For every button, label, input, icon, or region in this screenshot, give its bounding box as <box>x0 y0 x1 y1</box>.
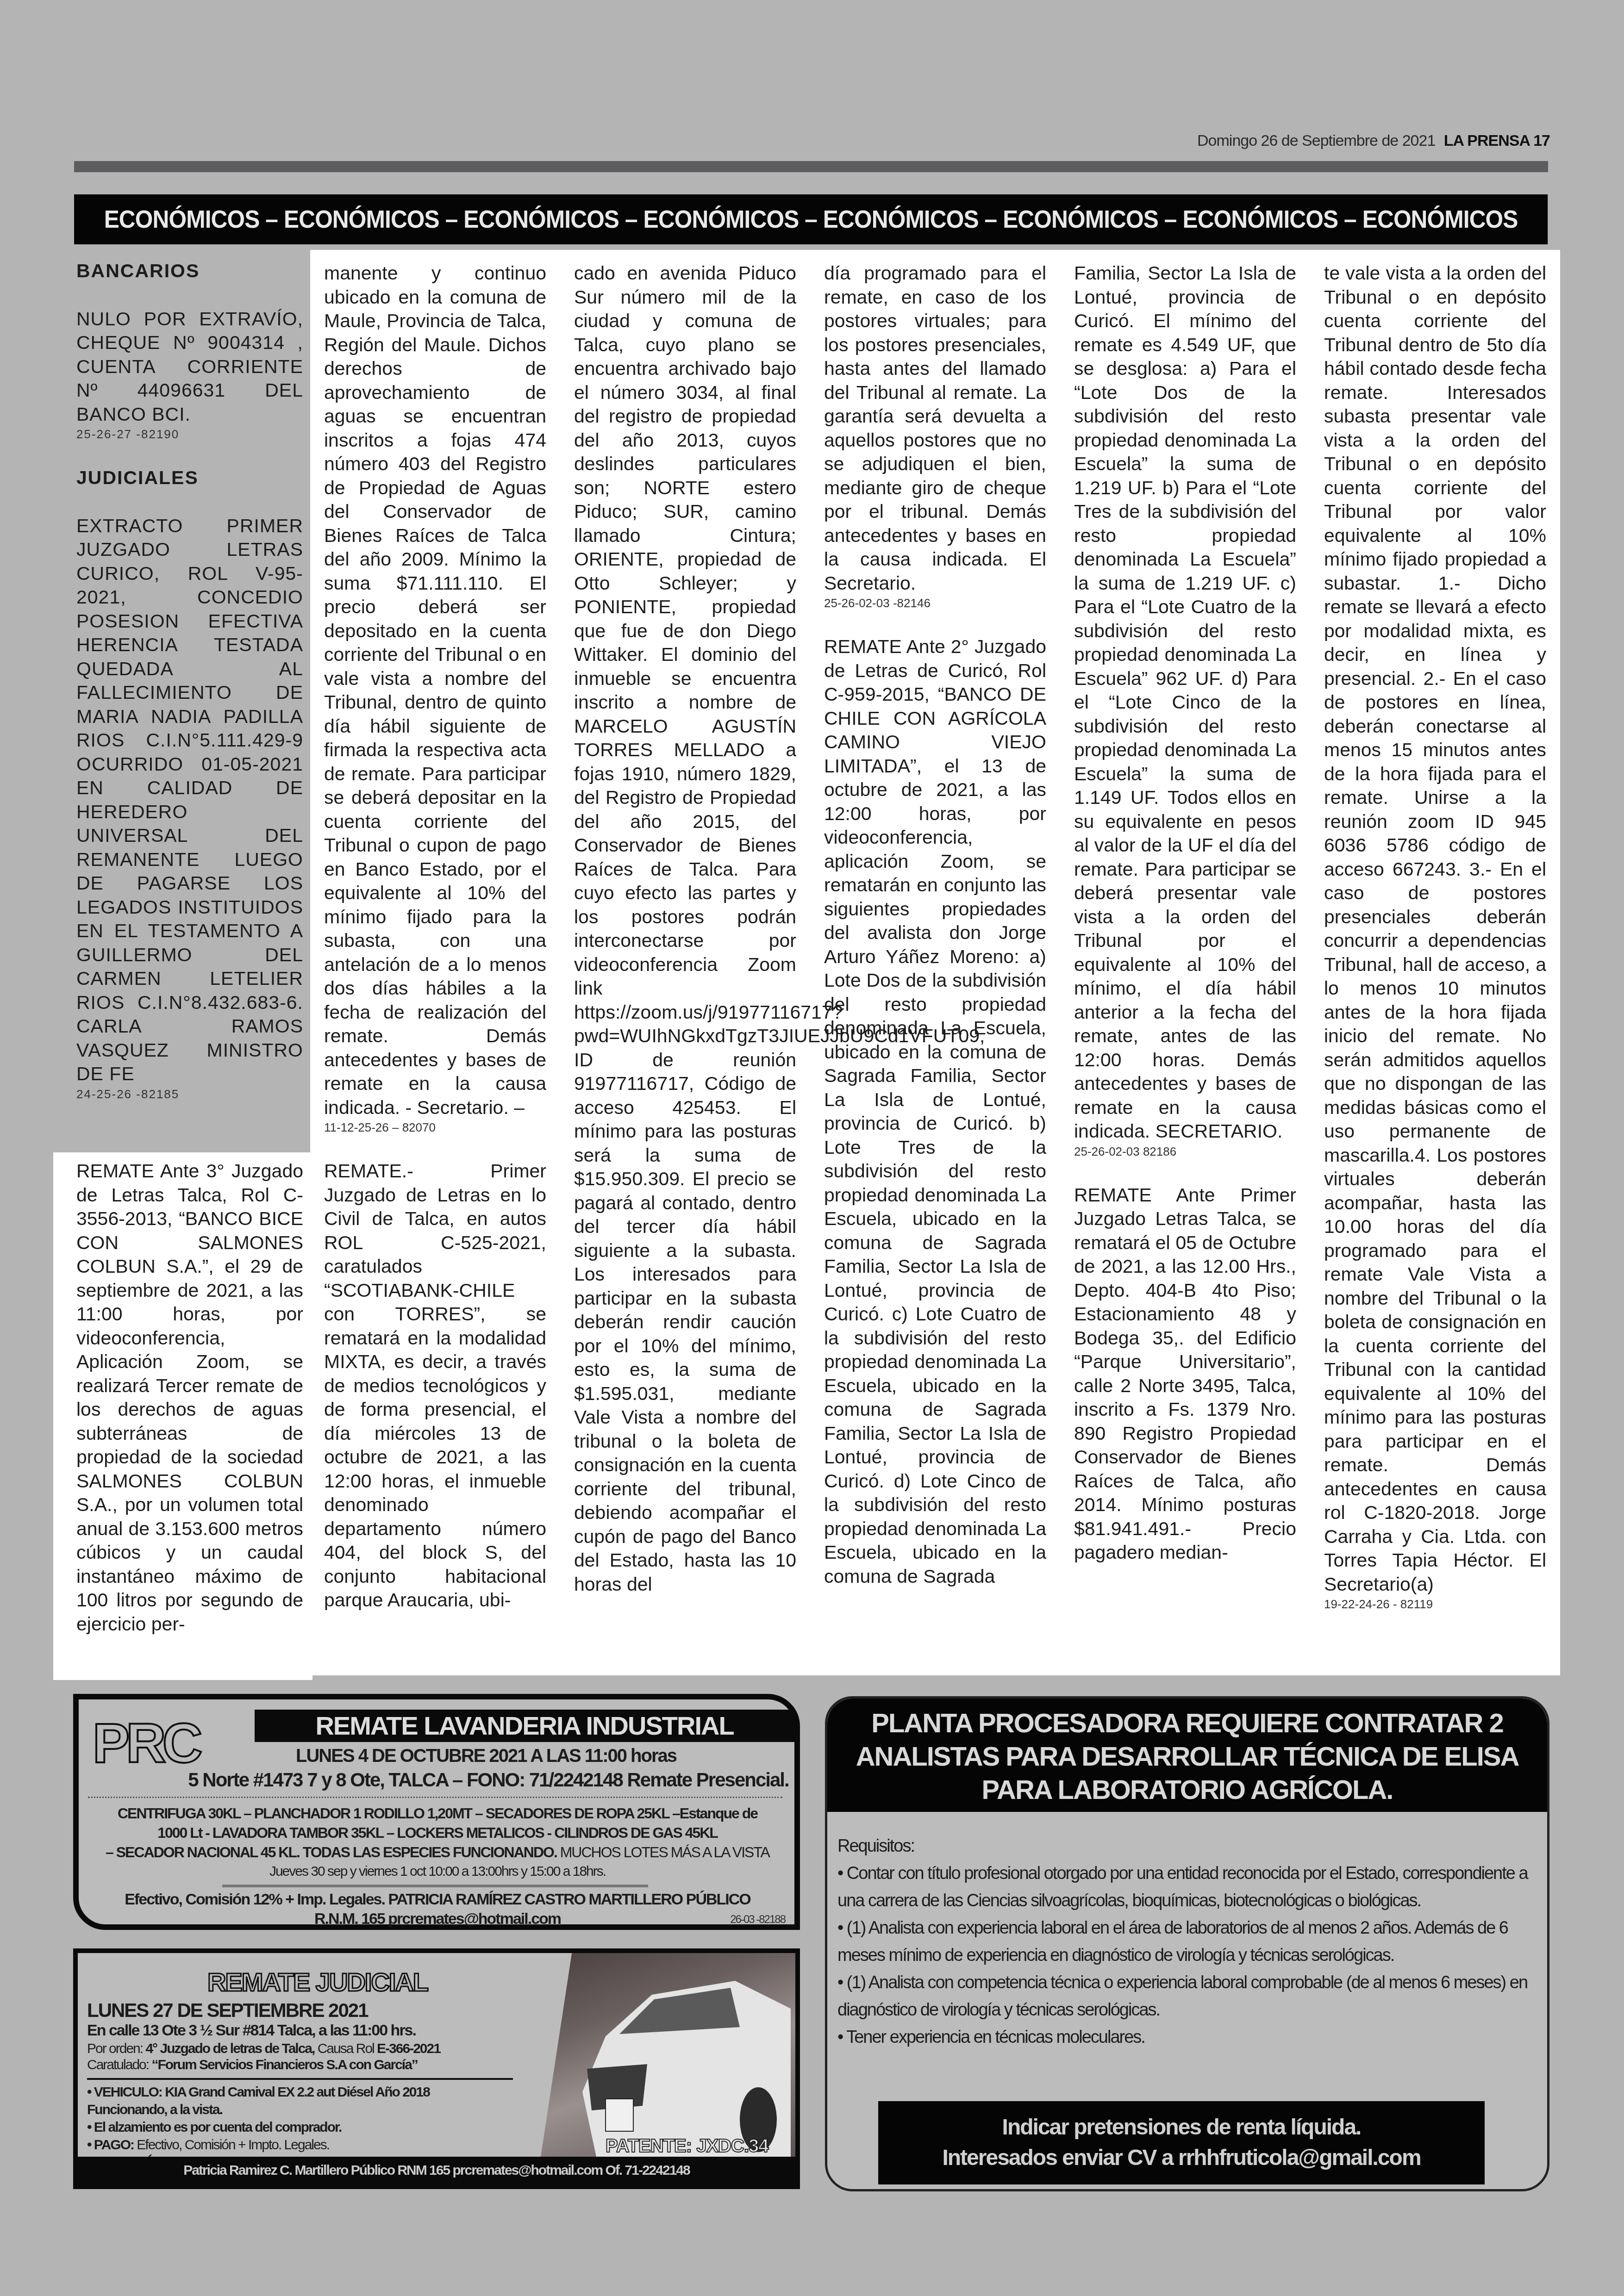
section-heading-bancarios: BANCARIOS <box>76 259 303 283</box>
ad-remate-lavanderia: PRC REMATE LAVANDERIA INDUSTRIAL LUNES 4… <box>73 1694 800 1930</box>
section-banner-text: ECONÓMICOS – ECONÓMICOS – ECONÓMICOS – E… <box>104 205 1518 234</box>
notice-remate-agricola-part1: REMATE Ante 2° Juzgado de Letras de Curi… <box>824 635 1046 1588</box>
requirement-item: • (1) Analista con competencia técnica o… <box>837 1969 1537 2024</box>
ad-remate-judicial: PATENTE: JXDC.34 REMATE JUDICIAL LUNES 2… <box>73 1948 800 2189</box>
notice-judiciales: EXTRACTO PRIMER JUZGADO LETRAS CURICO, R… <box>76 514 303 1086</box>
notice-remate-agricola-part2: Familia, Sector La Isla de Lontué, provi… <box>1074 261 1296 1144</box>
ad-cta: Indicar pretensiones de renta líquida. I… <box>878 2101 1485 2184</box>
column-3: cado en avenida Piduco Sur número mil de… <box>574 261 796 1596</box>
ad-address: En calle 13 Ote 3 ½ Sur #814 Talca, a la… <box>87 2022 416 2040</box>
issue-date: Domingo 26 de Septiembre de 2021 <box>1197 132 1435 149</box>
notice-ref: 25-26-02-03 -82146 <box>824 595 1046 611</box>
ad-address: 5 Norte #1473 7 y 8 Ote, TALCA – FONO: 7… <box>185 1769 792 1791</box>
notice-ref: 11-12-25-26 – 82070 <box>324 1120 546 1135</box>
ad-dotted-divider <box>88 1797 782 1798</box>
publication-name: LA PRENSA <box>1444 132 1530 149</box>
plate-label: PATENTE: JXDC.34 <box>606 2136 768 2157</box>
ad-order: Por orden: 4° Juzgado de letras de Talca… <box>87 2041 440 2057</box>
notice-remate-salmones-part2: manente y continuo ubicado en la comuna … <box>324 261 546 1120</box>
notice-remate-scotiabank-part3: día programado para el remate, en caso d… <box>824 261 1046 595</box>
notice-remate-parque-part2: te vale vista a la orden del Tribunal o … <box>1324 261 1546 1596</box>
column-1: BANCARIOS NULO POR EXTRAVÍO, CHEQUE Nº 9… <box>76 259 303 1102</box>
requirements-label: Requisitos: <box>837 1833 1537 1860</box>
column-2: manente y continuo ubicado en la comuna … <box>324 261 546 1612</box>
column-6: te vale vista a la orden del Tribunal o … <box>1324 261 1546 1612</box>
bullet-alzamiento: • El alzamiento es por cuenta del compra… <box>87 2119 467 2136</box>
ad-title: PLANTA PROCESADORA REQUIERE CONTRATAR 2 … <box>827 1699 1547 1812</box>
notice-ref: 24-25-26 -82185 <box>76 1086 303 1102</box>
notice-remate-scotiabank-part1: REMATE.- Primer Juzgado de Letras en lo … <box>324 1159 546 1612</box>
ad-date: LUNES 27 DE SEPTIEMBRE 2021 <box>87 1999 368 2022</box>
ad-items: CENTRIFUGA 30KL – PLANCHADOR 1 RODILLO 1… <box>88 1804 787 1862</box>
notice-bancarios: NULO POR EXTRAVÍO, CHEQUE Nº 9004314 , C… <box>76 307 303 427</box>
ad-title: REMATE JUDICIAL <box>207 1967 428 1997</box>
ad-ref: 26-03 -82188 <box>730 1913 785 1926</box>
ad-contact: R.N.M. 165 prcremates@hotmail.com <box>88 1910 787 1928</box>
contact-email[interactable]: Interesados enviar CV a rrhhfruticola@gm… <box>878 2143 1485 2173</box>
ad-title: REMATE LAVANDERIA INDUSTRIAL <box>255 1710 794 1742</box>
bullet-vehicle: • VEHICULO: KIA Grand Camival EX 2.2 aut… <box>87 2084 467 2119</box>
car-icon <box>541 1953 800 2157</box>
notice-remate-scotiabank-part2: cado en avenida Piduco Sur número mil de… <box>574 261 796 1596</box>
ad-viewing-times: Jueves 30 sep y viernes 1 oct 10:00 a 13… <box>88 1864 787 1879</box>
ad-date: LUNES 4 DE OCTUBRE 2021 A LAS 11:00 hora… <box>255 1746 718 1767</box>
vehicle-photo <box>541 1953 800 2157</box>
page-masthead: Domingo 26 de Septiembre de 2021 LA PREN… <box>1197 132 1550 150</box>
requirement-item: • Tener experiencia en técnicas molecula… <box>837 2024 1537 2051</box>
ad-footer: Patricia Ramirez C. Martillero Público R… <box>78 2157 795 2184</box>
header-rule <box>74 161 1548 172</box>
notice-ref: 19-22-24-26 - 82119 <box>1324 1596 1546 1612</box>
page-number: 17 <box>1533 132 1550 149</box>
ad-requirements: Requisitos: • Contar con título profesio… <box>837 1833 1537 2051</box>
column-4: día programado para el remate, en caso d… <box>824 261 1046 1588</box>
notice-remate-salmones-part1: REMATE Ante 3° Juzgado de Letras Talca, … <box>76 1159 303 1636</box>
ad-divider <box>222 1885 648 1887</box>
notice-ref: 25-26-27 -82190 <box>76 426 303 442</box>
notice-remate-parque-part1: REMATE Ante Primer Juzgado Letras Talca,… <box>1074 1183 1296 1565</box>
requirement-item: • (1) Analista con experiencia laboral e… <box>837 1915 1537 1969</box>
section-heading-judiciales: JUDICIALES <box>76 466 303 490</box>
ad-caratulado: Caratulado: “Forum Servicios Financieros… <box>87 2057 418 2073</box>
ad-empleo: PLANTA PROCESADORA REQUIERE CONTRATAR 2 … <box>825 1696 1549 2191</box>
section-banner: ECONÓMICOS – ECONÓMICOS – ECONÓMICOS – E… <box>74 194 1548 244</box>
bullet-pago: • PAGO: Efectivo, Comisión + Impto. Lega… <box>87 2136 467 2154</box>
ad-divider <box>87 2078 513 2080</box>
requirement-item: • Contar con título profesional otorgado… <box>837 1860 1537 1915</box>
notice-ref: 25-26-02-03 82186 <box>1074 1144 1296 1159</box>
ad-payment: Efectivo, Comisión 12% + Imp. Legales. P… <box>88 1891 787 1909</box>
column-5: Familia, Sector La Isla de Lontué, provi… <box>1074 261 1296 1565</box>
prc-logo: PRC <box>93 1713 181 1773</box>
